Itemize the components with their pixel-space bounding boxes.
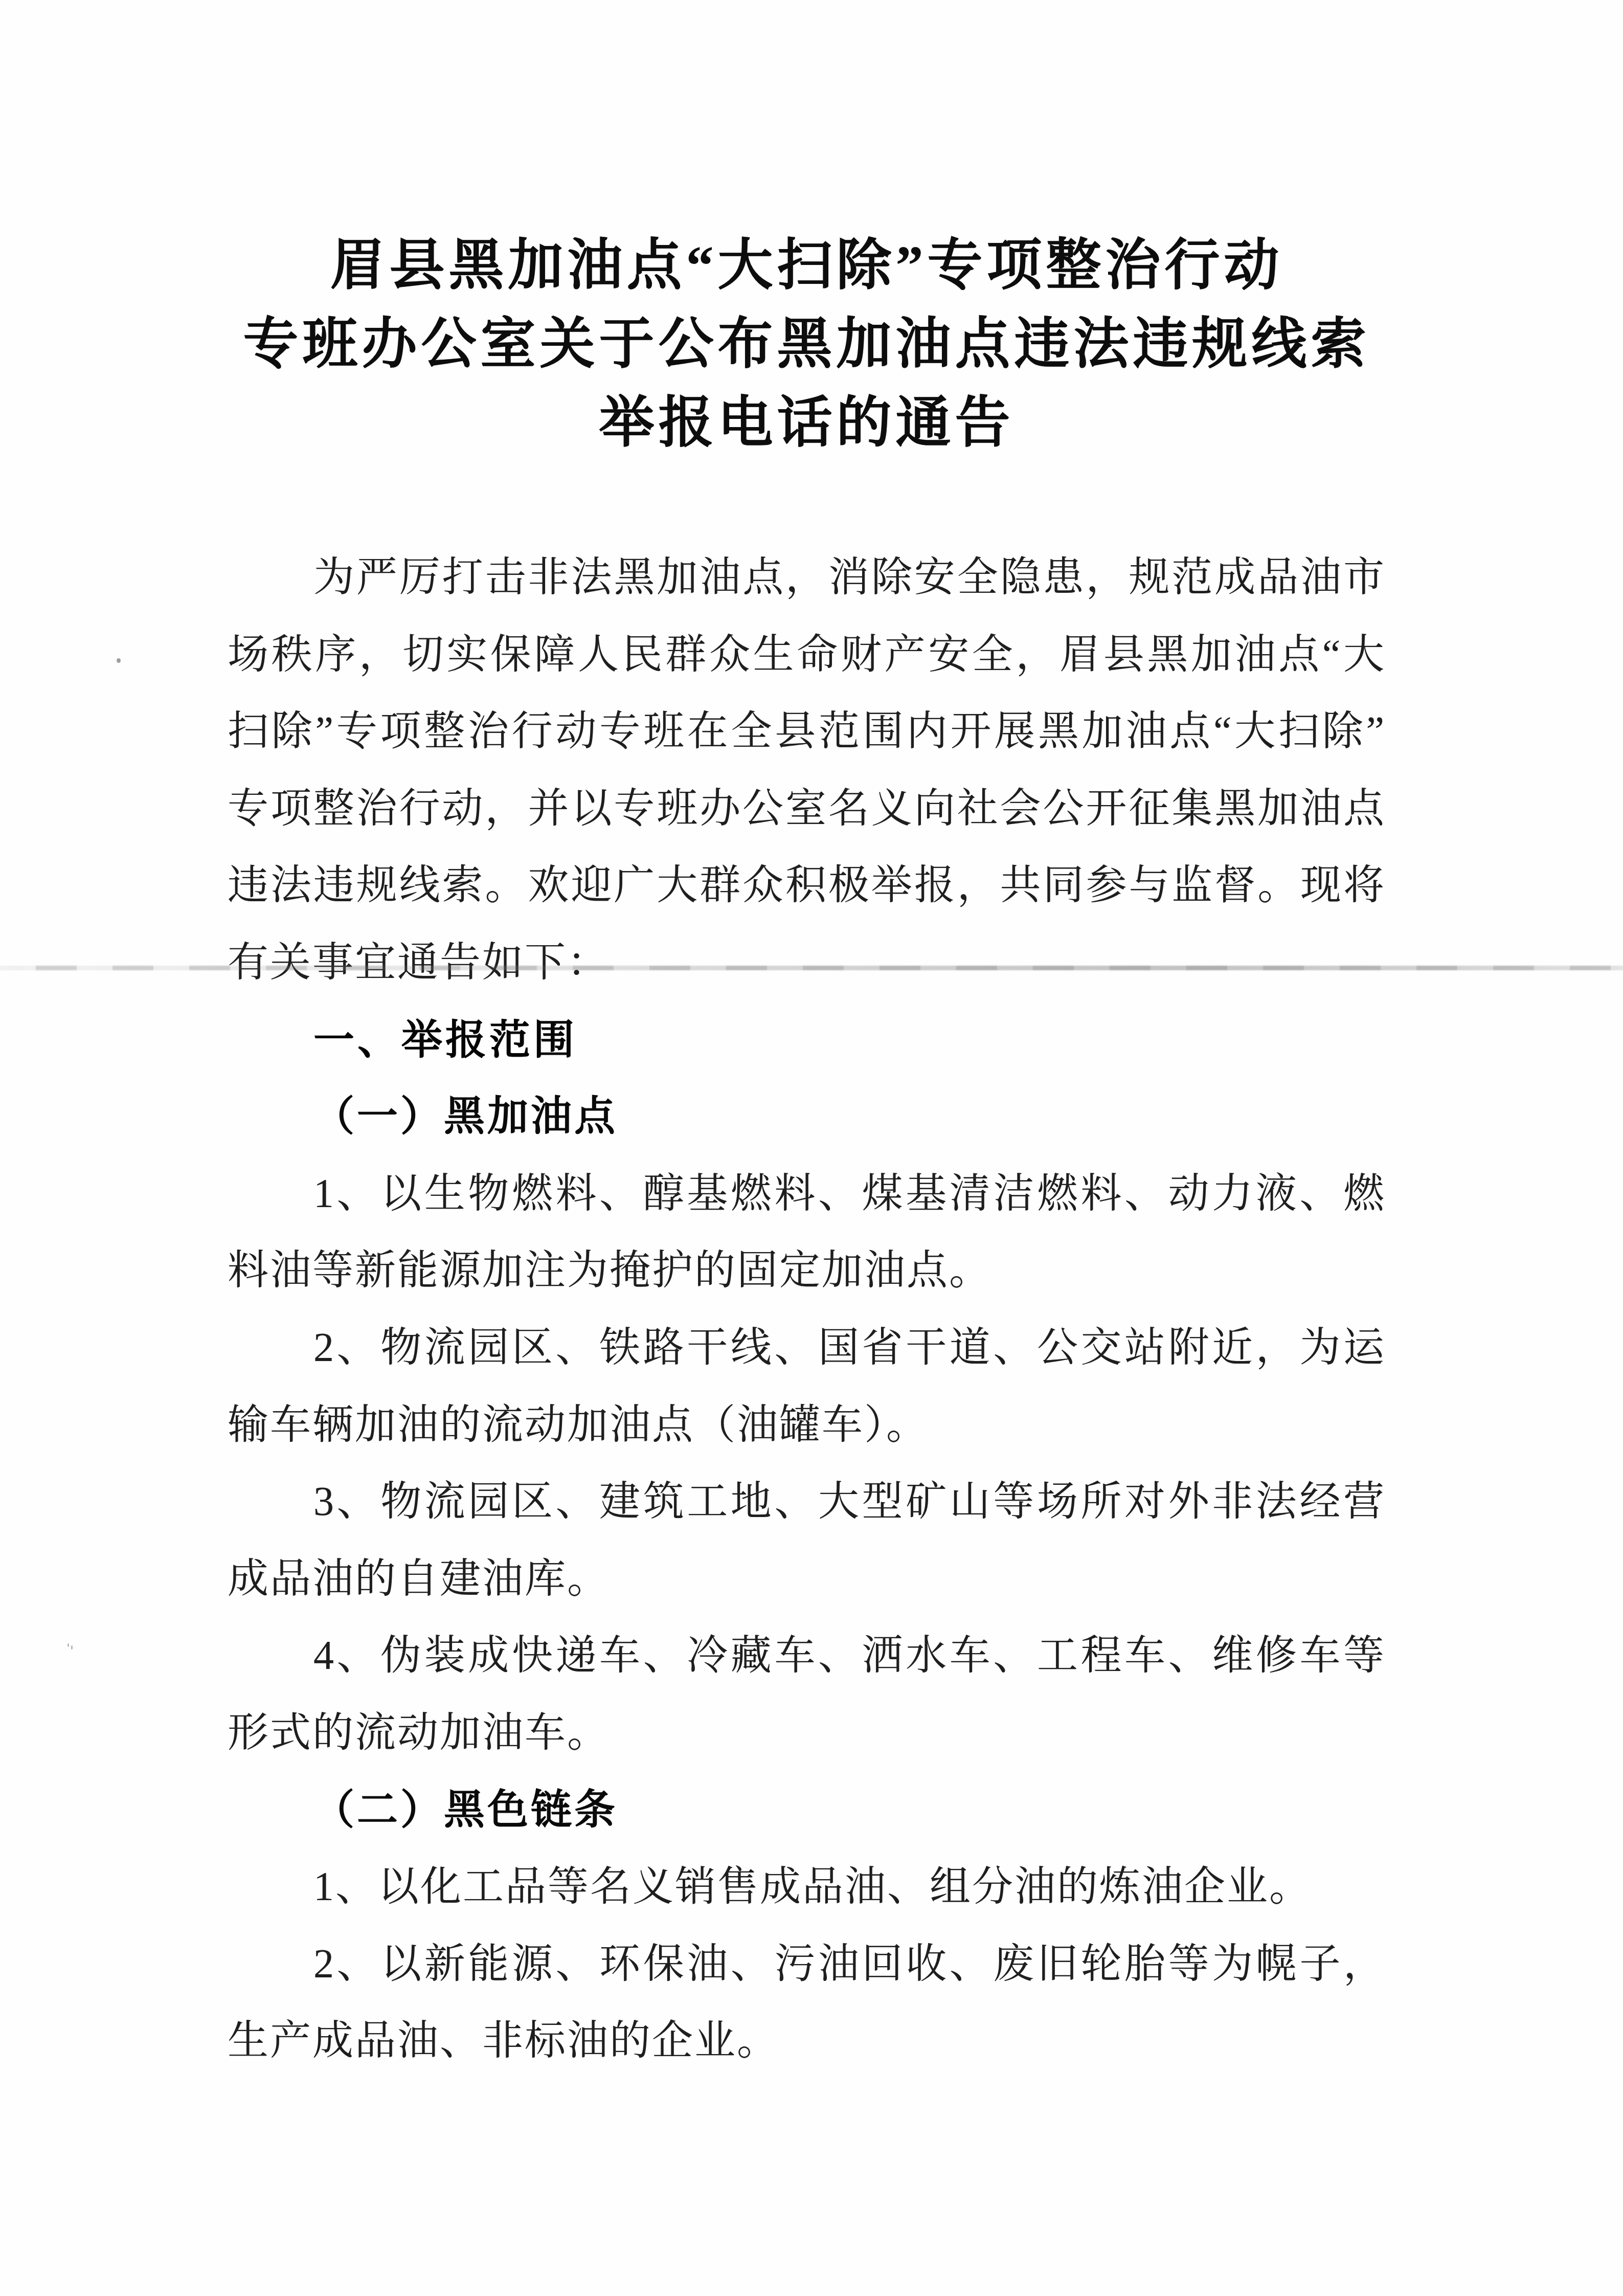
document-page: 眉县黑加油点“大扫除”专项整治行动专班办公室关于公布黑加油点违法违规线索举报电话… [0,0,1623,2296]
notice-text-line: 场秩序，切实保障人民群众生命财产安全，眉县黑加油点“大 [228,616,1386,694]
notice-text-line: 形式的流动加油车。 [228,1695,1386,1772]
scan-streak-artifact [0,966,1623,970]
notice-body: 为严厉打击非法黑加油点，消除安全隐患，规范成品油市场秩序，切实保障人民群众生命财… [228,539,1386,2080]
notice-text-line: 生产成品油、非标油的企业。 [228,2002,1386,2080]
notice-text-line: 1、以生物燃料、醇基燃料、煤基清洁燃料、动力液、燃 [228,1155,1386,1233]
notice-text-line: 一、举报范围 [228,1001,1386,1079]
notice-text-line: 1、以化工品等名义销售成品油、组分油的炼油企业。 [228,1848,1386,1926]
notice-text-line: 3、物流园区、建筑工地、大型矿山等场所对外非法经营 [228,1463,1386,1541]
notice-title: 眉县黑加油点“大扫除”专项整治行动专班办公室关于公布黑加油点违法违规线索举报电话… [228,227,1386,463]
notice-text-line: 有关事宜通告如下： [228,924,1386,1001]
notice-text-line: 4、伪装成快递车、冷藏车、洒水车、工程车、维修车等 [228,1617,1386,1695]
notice-title-line: 眉县黑加油点“大扫除”专项整治行动 [228,227,1386,305]
notice-text-line: 为严厉打击非法黑加油点，消除安全隐患，规范成品油市 [228,539,1386,616]
notice-text-line: 专项整治行动，并以专班办公室名义向社会公开征集黑加油点 [228,770,1386,848]
notice-text-line: 2、以新能源、环保油、污油回收、废旧轮胎等为幌子， [228,1926,1386,2003]
notice-text-line: 扫除”专项整治行动专班在全县范围内开展黑加油点“大扫除” [228,693,1386,770]
notice-text-line: （二）黑色链条 [228,1772,1386,1849]
notice-text-line: 料油等新能源加注为掩护的固定加油点。 [228,1232,1386,1309]
scan-dot-artifact [117,658,121,663]
notice-title-line: 举报电话的通告 [228,384,1386,463]
scanned-notice-screenshot: { "document": { "title_lines": [ "眉县黑加油点… [0,0,1623,2296]
notice-text-line: （一）黑加油点 [228,1078,1386,1155]
scan-speck-artifact [67,1643,74,1651]
notice-text-line: 2、物流园区、铁路干线、国省干道、公交站附近，为运 [228,1309,1386,1387]
notice-text-line: 成品油的自建油库。 [228,1541,1386,1618]
notice-text-line: 违法违规线索。欢迎广大群众积极举报，共同参与监督。现将 [228,847,1386,924]
notice-text-line: 输车辆加油的流动加油点（油罐车）。 [228,1387,1386,1464]
notice-title-line: 专班办公室关于公布黑加油点违法违规线索 [228,305,1386,384]
